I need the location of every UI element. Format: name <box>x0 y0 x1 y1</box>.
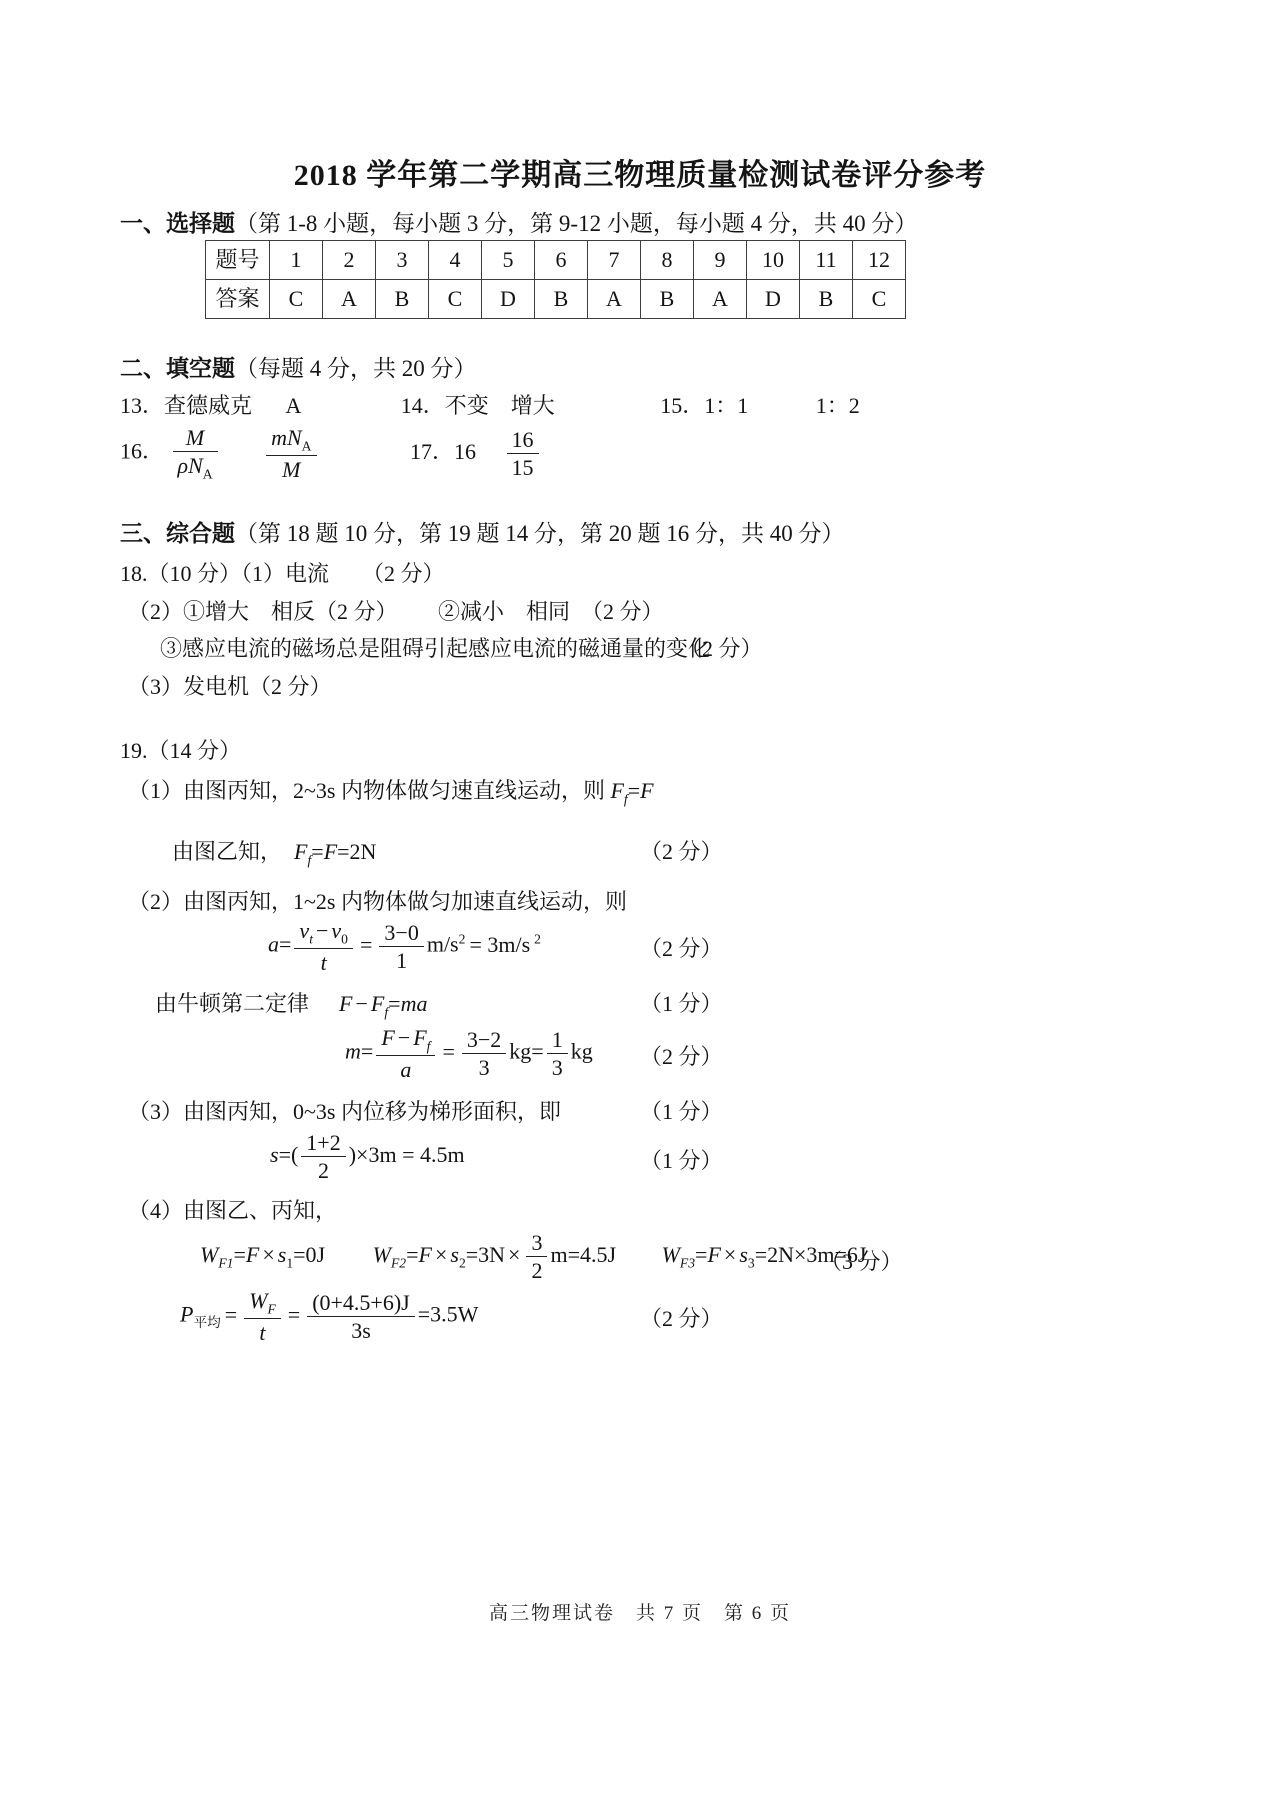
table-cell: 9 <box>694 241 747 280</box>
score-badge: （2 分） <box>640 1305 723 1333</box>
math-sub: F3 <box>680 1255 695 1270</box>
math-sub: t <box>309 931 313 946</box>
math-var: W <box>662 1242 680 1267</box>
math-text: = 3m/s <box>469 932 530 957</box>
score-badge: （2 分） <box>640 1043 723 1071</box>
math-var: s <box>450 1242 459 1267</box>
math-text: =0J <box>293 1242 325 1267</box>
section2-heading-note: （每题 4 分，共 20 分） <box>235 356 477 381</box>
fraction-denominator: 3 <box>462 1054 506 1080</box>
work-group-2: WF2=F×s2=3N×32m=4.5J <box>373 1242 616 1267</box>
table-cell: C <box>853 280 906 319</box>
math-text: =3N <box>466 1242 505 1267</box>
fraction-numerator: (0+4.5+6)J <box>307 1290 415 1317</box>
fill-blank-line-13-15: 13．查德威克 A 14．不变 增大 15．1：1 1：2 <box>120 392 860 420</box>
q18-answer-line1: 18.（10 分）（1）电流 （2 分） <box>120 560 445 588</box>
q14-answer: 14．不变 增大 <box>401 393 555 418</box>
fill-blank-line-16-17: 16． M ρNA mNA M 17．16 16 15 <box>120 425 542 482</box>
table-cell: A <box>694 280 747 319</box>
section3-heading-label: 三、综合题 <box>120 521 235 546</box>
fraction-denominator: t <box>244 1319 281 1345</box>
math-sub: 3 <box>748 1255 755 1270</box>
math-frac: 1+22 <box>301 1130 345 1184</box>
math-op: × <box>262 1242 274 1267</box>
fraction-denominator: 15 <box>507 454 539 480</box>
q19-power-formula: P平均=WFt=(0+4.5+6)J3s=3.5W <box>180 1288 478 1345</box>
math-text: m=4.5J <box>550 1242 616 1267</box>
table-cell: D <box>482 280 535 319</box>
math-var: a <box>268 932 279 957</box>
math-var: W <box>200 1242 218 1267</box>
q18-answer-line2: （2）①增大 相反（2 分） ②减小 相同 （2 分） <box>128 598 398 626</box>
fraction-numerator: M <box>173 425 218 452</box>
table-cell: 8 <box>641 241 694 280</box>
math-sub: A <box>302 438 312 453</box>
fraction-denominator: M <box>266 456 316 482</box>
table-cell: 6 <box>535 241 588 280</box>
score-badge: （2 分） <box>680 635 763 663</box>
math-op: = <box>388 991 400 1016</box>
work-group-1: WF1=F×s1=0J <box>200 1242 325 1267</box>
math-var: mN <box>271 425 302 450</box>
math-var: F <box>381 1025 394 1050</box>
math-unit: kg <box>571 1039 593 1064</box>
fraction-numerator: 1 <box>547 1027 568 1054</box>
score-badge: （1 分） <box>640 990 723 1018</box>
score-badge: （2 分） <box>640 935 723 963</box>
math-op: × <box>435 1242 447 1267</box>
fraction-denominator: 3 <box>547 1054 568 1080</box>
math-op: = <box>360 932 372 957</box>
q18-answer-2a: （2）①增大 相反（2 分） <box>128 599 398 624</box>
math-var: F <box>246 1242 259 1267</box>
q15-answer-b: 1：2 <box>816 393 860 418</box>
table-label-cell: 答案 <box>206 280 270 319</box>
math-op: × <box>508 1242 520 1267</box>
section2-heading: 二、填空题（每题 4 分，共 20 分） <box>120 355 477 384</box>
math-frac: 3−23 <box>462 1027 506 1081</box>
q19-newton-law-line: 由牛顿第二定律F−Ff=ma <box>155 990 427 1020</box>
q19-part1-line1: （1）由图丙知，2~3s 内物体做匀速直线运动，则 Ff=F <box>128 777 654 807</box>
math-var: F <box>339 991 352 1016</box>
fraction-numerator: 3−0 <box>379 920 423 947</box>
math-var: P <box>180 1302 193 1327</box>
math-var: ma <box>401 991 428 1016</box>
math-var: W <box>373 1242 391 1267</box>
table-cell: 4 <box>429 241 482 280</box>
section1-heading-label: 一、选择题 <box>120 211 235 236</box>
table-cell: B <box>376 280 429 319</box>
table-label-cell: 题号 <box>206 241 270 280</box>
math-op: = <box>531 1039 543 1064</box>
math-var: F <box>324 839 337 864</box>
math-text: =( <box>279 1142 299 1167</box>
fraction-numerator: mNA <box>266 425 316 456</box>
math-var: v <box>331 918 341 943</box>
fraction-numerator: 3 <box>526 1230 547 1257</box>
math-op: = <box>442 1039 454 1064</box>
math-sub: 2 <box>459 1255 466 1270</box>
q19-heading: 19.（14 分） <box>120 737 241 765</box>
answer-table: 题号 1 2 3 4 5 6 7 8 9 10 11 12 答案 C A B C… <box>205 240 906 319</box>
math-sub: 平均 <box>193 1315 220 1330</box>
table-row-answers: 答案 C A B C D B A B A D B C <box>206 280 906 319</box>
table-cell: 2 <box>323 241 376 280</box>
math-op: − <box>316 918 328 943</box>
table-cell: C <box>429 280 482 319</box>
math-op: = <box>233 1242 245 1267</box>
math-frac: (0+4.5+6)J3s <box>307 1290 415 1344</box>
math-op: = <box>695 1242 707 1267</box>
math-unit: kg <box>509 1039 531 1064</box>
fraction-denominator: ρNA <box>173 452 218 482</box>
page-footer: 高三物理试卷 共 7 页 第 6 页 <box>0 1598 1280 1625</box>
table-row-question-numbers: 题号 1 2 3 4 5 6 7 8 9 10 11 12 <box>206 241 906 280</box>
math-var: F <box>610 778 623 803</box>
q19-part1-text: （1）由图丙知，2~3s 内物体做匀速直线运动，则 <box>128 778 610 803</box>
section3-heading-note: （第 18 题 10 分，第 19 题 14 分，第 20 题 16 分，共 4… <box>235 521 845 546</box>
section1-heading-note: （第 1-8 小题，每小题 3 分，第 9-12 小题，每小题 4 分，共 40… <box>235 211 917 236</box>
q16-fraction-1: M ρNA <box>173 425 218 482</box>
math-frac: WFt <box>244 1288 281 1345</box>
math-op: = <box>361 1039 373 1064</box>
q19-part2-text: （2）由图丙知，1~2s 内物体做匀加速直线运动，则 <box>128 888 627 916</box>
math-var: F <box>419 1242 432 1267</box>
fraction-denominator: t <box>294 949 353 975</box>
q19-mass-formula: m=F−Ffa=3−23kg=13kg <box>345 1025 593 1082</box>
math-var: F <box>640 778 653 803</box>
fraction-numerator: WF <box>244 1288 281 1319</box>
q18-answer-line3: ③感应电流的磁场总是阻碍引起感应电流的磁通量的变化 <box>160 635 710 663</box>
table-cell: B <box>641 280 694 319</box>
table-cell: B <box>800 280 853 319</box>
table-cell: 11 <box>800 241 853 280</box>
math-op: = <box>628 778 640 803</box>
math-op: = <box>279 932 291 957</box>
q18-answer-2b: ②减小 相同 （2 分） <box>438 598 664 626</box>
table-cell: A <box>323 280 376 319</box>
math-frac: 3−01 <box>379 920 423 974</box>
table-cell: 1 <box>270 241 323 280</box>
math-op: = <box>406 1242 418 1267</box>
math-var: F <box>371 991 384 1016</box>
q16-label: 16． <box>120 439 164 464</box>
section2-heading-label: 二、填空题 <box>120 356 235 381</box>
score-badge: （2 分） <box>640 838 723 866</box>
math-var: W <box>249 1288 267 1313</box>
fraction-numerator: 1+2 <box>301 1130 345 1157</box>
q15-answer-a: 15．1：1 <box>660 393 748 418</box>
document-page: 2018 学年第二学期高三物理质量检测试卷评分参考 一、选择题（第 1-8 小题… <box>0 0 1280 1810</box>
math-frac: 13 <box>547 1027 568 1081</box>
math-var: F <box>707 1242 720 1267</box>
q13-label: 13．查德威克 <box>120 393 252 418</box>
q16-fraction-2: mNA M <box>266 425 316 482</box>
q19-displacement-formula: s=(1+22)×3m = 4.5m <box>270 1130 465 1184</box>
math-sup: 2 <box>534 931 541 946</box>
fraction-numerator: F−Ff <box>376 1025 435 1056</box>
math-op: = <box>311 839 323 864</box>
score-badge: （1 分） <box>640 1098 723 1126</box>
section3-heading: 三、综合题（第 18 题 10 分，第 19 题 14 分，第 20 题 16 … <box>120 520 845 549</box>
math-op: = <box>288 1302 300 1327</box>
q18-answer-line4: （3）发电机（2 分） <box>128 673 332 701</box>
table-cell: 5 <box>482 241 535 280</box>
q19-part1-line2: 由图乙知，Ff=F=2N <box>172 838 376 868</box>
fraction-numerator: vt−v0 <box>294 918 353 949</box>
fraction-denominator: 1 <box>379 947 423 973</box>
fraction-numerator: 16 <box>507 427 539 454</box>
math-var: v <box>299 918 309 943</box>
math-var: F <box>294 839 307 864</box>
math-unit: m/s <box>427 932 459 957</box>
q19-part4-text: （4）由图乙、丙知， <box>128 1197 337 1225</box>
math-text: =2N <box>337 839 376 864</box>
math-sub: 0 <box>341 931 348 946</box>
q17-fraction: 16 15 <box>507 427 539 481</box>
q19-acceleration-formula: a=vt−v0t=3−01m/s2= 3m/s2 <box>268 918 541 975</box>
fraction-denominator: 2 <box>301 1157 345 1183</box>
table-cell: B <box>535 280 588 319</box>
math-sub: A <box>203 467 213 482</box>
q19-part3-text: （3）由图丙知，0~3s 内位移为梯形面积，即 <box>128 1098 561 1126</box>
math-text: =3.5W <box>418 1302 479 1327</box>
table-cell: A <box>588 280 641 319</box>
content-area: 一、选择题（第 1-8 小题，每小题 3 分，第 9-12 小题，每小题 4 分… <box>120 0 1100 1810</box>
math-var: s <box>270 1142 279 1167</box>
math-sub: F <box>267 1301 275 1316</box>
score-badge: （3 分） <box>820 1248 903 1276</box>
fraction-numerator: 3−2 <box>462 1027 506 1054</box>
fraction-denominator: 2 <box>526 1257 547 1283</box>
table-cell: D <box>747 280 800 319</box>
fraction-denominator: a <box>376 1056 435 1082</box>
math-sub: f <box>427 1038 431 1053</box>
q19-work-formulas: WF1=F×s1=0J WF2=F×s2=3N×32m=4.5J WF3=F×s… <box>200 1230 867 1284</box>
table-cell: 7 <box>588 241 641 280</box>
table-cell: 3 <box>376 241 429 280</box>
math-sub: F1 <box>218 1255 233 1270</box>
math-op: − <box>355 991 367 1016</box>
math-var: ρN <box>178 453 203 478</box>
table-cell: 12 <box>853 241 906 280</box>
section1-heading: 一、选择题（第 1-8 小题，每小题 3 分，第 9-12 小题，每小题 4 分… <box>120 210 917 239</box>
math-frac: 32 <box>526 1230 547 1284</box>
math-sub: F2 <box>391 1255 406 1270</box>
score-badge: （1 分） <box>640 1147 723 1175</box>
fraction-denominator: 3s <box>307 1317 415 1343</box>
math-var: s <box>739 1242 748 1267</box>
q13-answer: A <box>286 393 301 418</box>
math-var: m <box>345 1039 361 1064</box>
math-frac: F−Ffa <box>376 1025 435 1082</box>
table-cell: C <box>270 280 323 319</box>
q19-newton-text: 由牛顿第二定律 <box>155 991 309 1016</box>
math-sup: 2 <box>459 931 466 946</box>
q17-answer: 17．16 <box>410 439 476 464</box>
q19-part1-text2: 由图乙知， <box>172 839 282 864</box>
math-frac: vt−v0t <box>294 918 353 975</box>
math-op: × <box>724 1242 736 1267</box>
math-var: F <box>413 1025 426 1050</box>
table-cell: 10 <box>747 241 800 280</box>
math-text: )×3m = 4.5m <box>349 1142 465 1167</box>
math-op: = <box>225 1302 237 1327</box>
math-op: − <box>398 1025 410 1050</box>
